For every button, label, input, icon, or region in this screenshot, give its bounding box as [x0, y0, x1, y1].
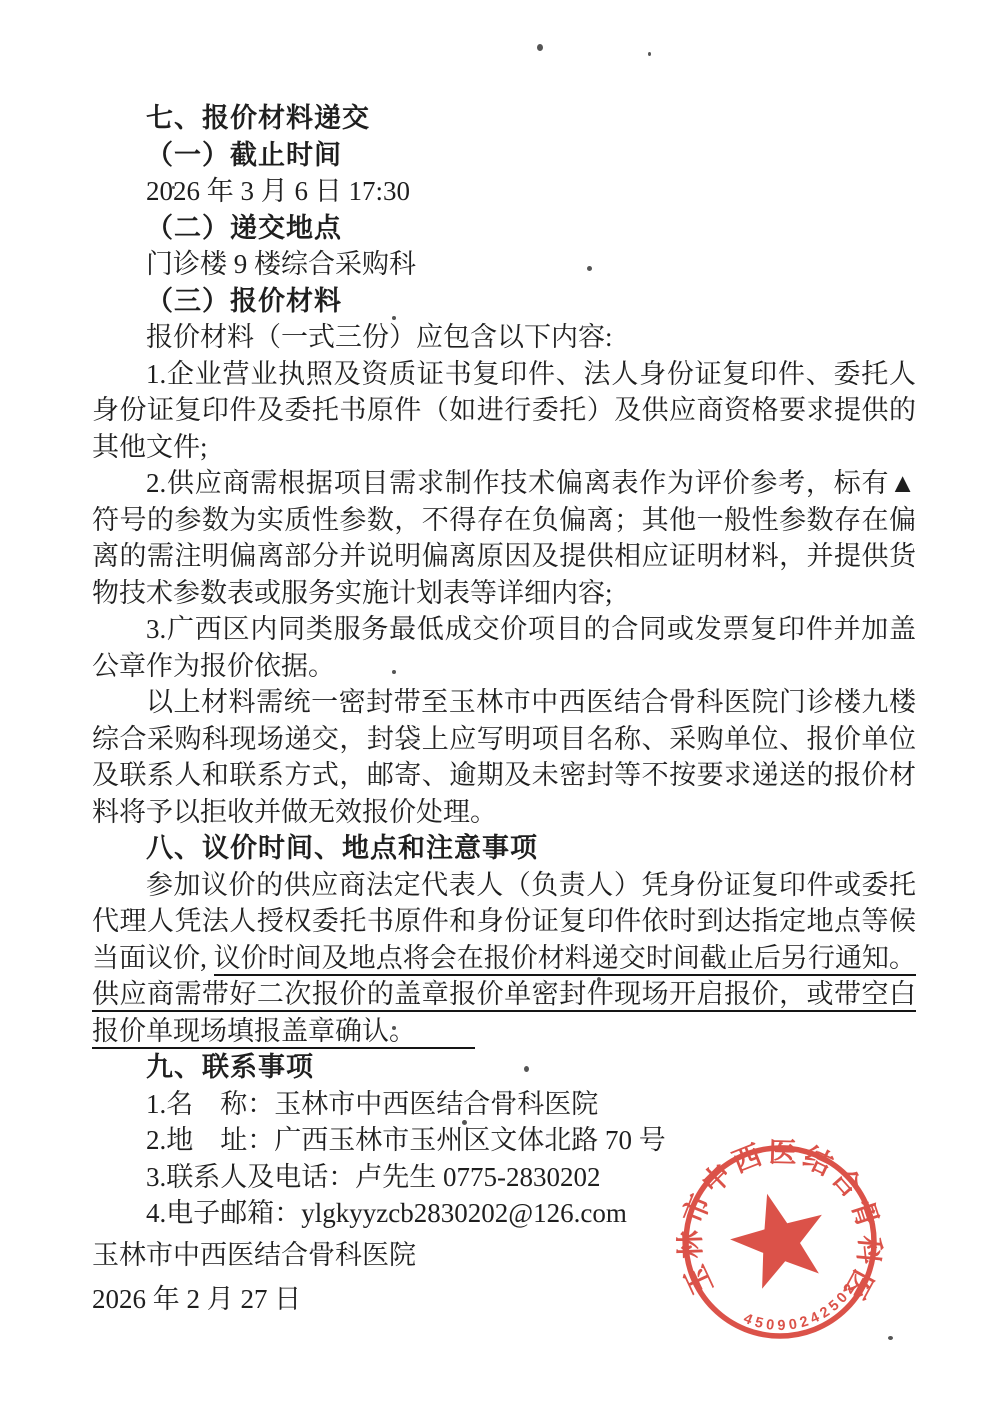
- scan-speck: [172, 186, 175, 189]
- section9-heading: 九、联系事项: [92, 1049, 916, 1086]
- scan-speck: [462, 1120, 467, 1125]
- item2-line-2: 符号的参数为实质性参数，不得存在负偏离；其他一般性参数存在偏: [92, 502, 916, 539]
- scan-speck: [392, 1026, 396, 1030]
- sealing-line-1: 以上材料需统一密封带至玉林市中西医结合骨科医院门诊楼九楼: [92, 684, 916, 721]
- scan-speck: [524, 1066, 529, 1072]
- signature-org-line: 玉林市中西医结合骨科医院: [92, 1235, 910, 1275]
- section8-line4-underlined: 供应商需带好二次报价的盖章报价单密封件现场开启报价，或带空白: [92, 979, 916, 1012]
- sealing-line-3: 及联系人和联系方式，邮寄、逾期及未密封等不按要求递送的报价材: [92, 757, 916, 794]
- venue-line: 门诊楼 9 楼综合采购科: [92, 246, 916, 283]
- signature-block: 玉林市中西医结合骨科医院 2026 年 2 月 27 日: [92, 1235, 916, 1319]
- item2-line-4: 物技术参数表或服务实施计划表等详细内容;: [92, 575, 916, 612]
- section8-line3-plain: 当面议价,: [92, 943, 214, 973]
- contact-phone-line: 3.联系人及电话：卢先生 0775-2830202: [92, 1159, 916, 1196]
- sealing-line-2: 综合采购科现场递交，封袋上应写明项目名称、采购单位、报价单位: [92, 721, 916, 758]
- section7-sub1-heading: （一）截止时间: [92, 137, 916, 174]
- section7-heading: 七、报价材料递交: [92, 100, 916, 137]
- scan-speck: [597, 977, 601, 982]
- section8-line-1: 参加议价的供应商法定代表人（负责人）凭身份证复印件或委托: [92, 867, 916, 904]
- item1-line-2: 身份证复印件及委托书原件（如进行委托）及供应商资格要求提供的: [92, 392, 916, 429]
- section8-line5-underlined: 报价单现场填报盖章确认。: [92, 1016, 475, 1049]
- signature-date-line: 2026 年 2 月 27 日: [92, 1279, 850, 1319]
- section8-line-4: 供应商需带好二次报价的盖章报价单密封件现场开启报价，或带空白: [92, 976, 916, 1013]
- scan-speck: [392, 670, 396, 674]
- item1-line-3: 其他文件;: [92, 429, 916, 466]
- section8-line-2: 代理人凭法人授权委托书原件和身份证复印件依时到达指定地点等候: [92, 903, 916, 940]
- scan-speck: [537, 44, 543, 51]
- item3-line-1: 3.广西区内同类服务最低成交价项目的合同或发票复印件并加盖: [92, 611, 916, 648]
- item3-line-2: 公章作为报价依据。: [92, 648, 916, 685]
- contact-email-line: 4.电子邮箱：ylgkyyzcb2830202@126.com: [92, 1195, 916, 1232]
- scan-speck: [392, 316, 396, 320]
- scan-speck: [648, 52, 651, 56]
- section8-line-5: 报价单现场填报盖章确认。: [92, 1013, 916, 1050]
- item1-line-1: 1.企业营业执照及资质证书复印件、法人身份证复印件、委托人: [92, 356, 916, 393]
- section8-heading: 八、议价时间、地点和注意事项: [92, 830, 916, 867]
- section7-sub3-heading: （三）报价材料: [92, 283, 916, 320]
- contact-name-line: 1.名 称：玉林市中西医结合骨科医院: [92, 1086, 916, 1123]
- section7-sub2-heading: （二）递交地点: [92, 210, 916, 247]
- sealing-line-4: 料将予以拒收并做无效报价处理。: [92, 794, 916, 831]
- materials-intro-line: 报价材料（一式三份）应包含以下内容:: [92, 319, 916, 356]
- section8-line3-underlined: 议价时间及地点将会在报价材料递交时间截止后另行通知。: [214, 943, 916, 976]
- deadline-line: 2026 年 3 月 6 日 17:30: [92, 173, 916, 210]
- contact-address-line: 2.地 址：广西玉林市玉州区文体北路 70 号: [92, 1122, 916, 1159]
- document-body: 七、报价材料递交 （一）截止时间 2026 年 3 月 6 日 17:30 （二…: [92, 100, 916, 1319]
- item2-line-3: 离的需注明偏离部分并说明偏离原因及提供相应证明材料，并提供货: [92, 538, 916, 575]
- section8-line-3: 当面议价, 议价时间及地点将会在报价材料递交时间截止后另行通知。: [92, 940, 916, 977]
- scanned-document-page: 七、报价材料递交 （一）截止时间 2026 年 3 月 6 日 17:30 （二…: [0, 0, 1000, 1402]
- item2-line-1: 2.供应商需根据项目需求制作技术偏离表作为评价参考，标有▲: [92, 465, 916, 502]
- scan-speck: [587, 266, 592, 271]
- scan-speck: [888, 1336, 893, 1340]
